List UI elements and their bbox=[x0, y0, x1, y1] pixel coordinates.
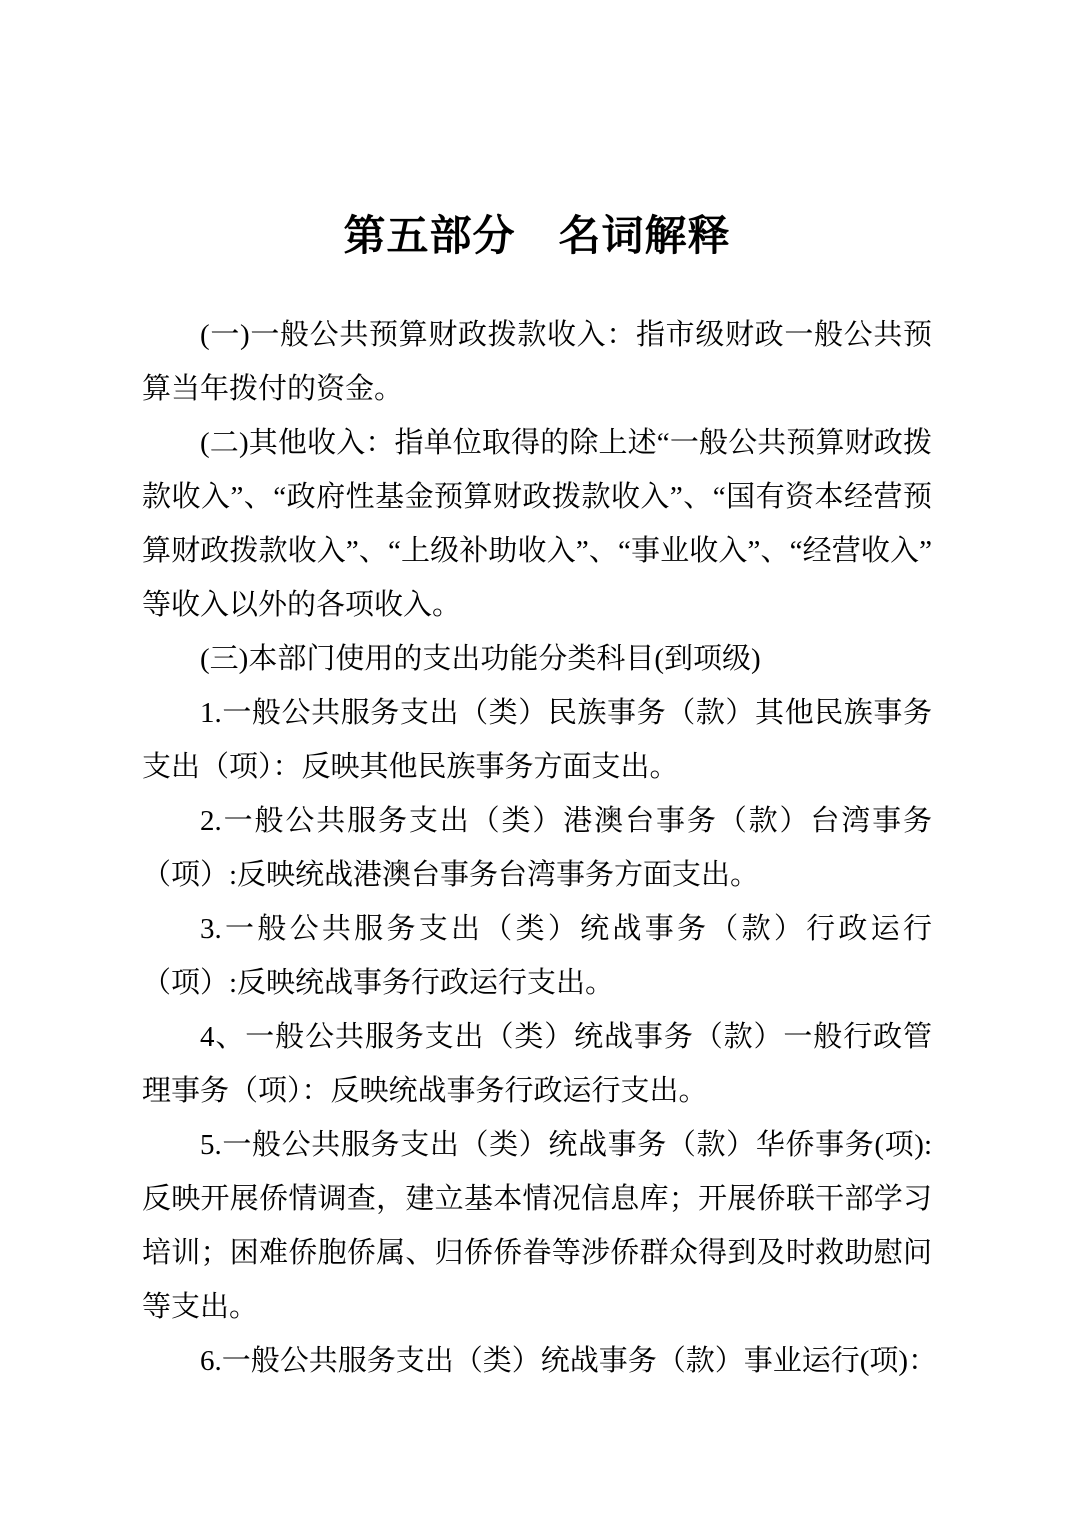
document-page: 第五部分 名词解释 (一)一般公共预算财政拨款收入：指市级财政一般公共预算当年拨… bbox=[0, 0, 1074, 1520]
item-3-admin-operation-expenditure: 3.一般公共服务支出（类）统战事务（款）行政运行（项）:反映统战事务行政运行支出… bbox=[142, 902, 932, 1010]
item-1-ethnic-affairs-expenditure: 1.一般公共服务支出（类）民族事务（款）其他民族事务支出（项）：反映其他民族事务… bbox=[142, 686, 932, 794]
document-body: (一)一般公共预算财政拨款收入：指市级财政一般公共预算当年拨付的资金。 (二)其… bbox=[142, 308, 932, 1388]
item-6-institution-operation-expenditure: 6.一般公共服务支出（类）统战事务（款）事业运行(项)： bbox=[142, 1334, 932, 1388]
para-expenditure-classification-heading: (三)本部门使用的支出功能分类科目(到项级) bbox=[142, 632, 932, 686]
item-2-taiwan-affairs-expenditure: 2.一般公共服务支出（类）港澳台事务（款）台湾事务（项）:反映统战港澳台事务台湾… bbox=[142, 794, 932, 902]
para-other-income: (二)其他收入：指单位取得的除上述“一般公共预算财政拨款收入”、“政府性基金预算… bbox=[142, 416, 932, 632]
item-5-overseas-chinese-affairs-expenditure: 5.一般公共服务支出（类）统战事务（款）华侨事务(项):反映开展侨情调查，建立基… bbox=[142, 1118, 932, 1334]
para-general-public-budget-income: (一)一般公共预算财政拨款收入：指市级财政一般公共预算当年拨付的资金。 bbox=[142, 308, 932, 416]
item-4-general-admin-affairs-expenditure: 4、一般公共服务支出（类）统战事务（款）一般行政管理事务（项）：反映统战事务行政… bbox=[142, 1010, 932, 1118]
page-title: 第五部分 名词解释 bbox=[140, 210, 934, 262]
